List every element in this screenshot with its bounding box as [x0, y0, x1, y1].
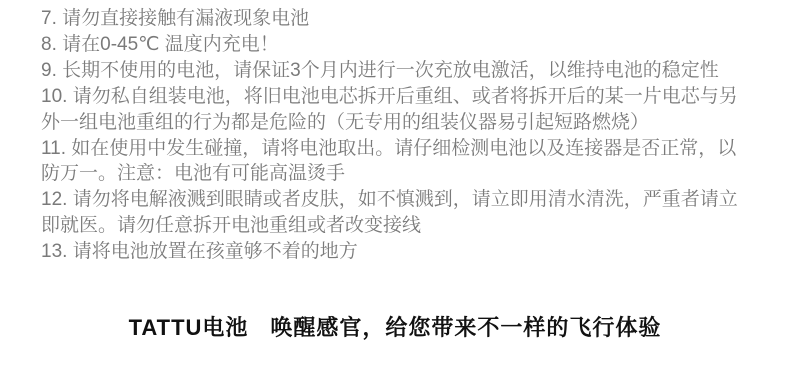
instruction-item-12: 12. 请勿将电解液溅到眼睛或者皮肤，如不慎溅到，请立即用清水清洗，严重者请立即…	[41, 187, 747, 239]
brand-name: TATTU电池	[129, 315, 249, 340]
slogan-text: 唤醒感官，给您带来不一样的飞行体验	[270, 315, 661, 340]
product-description-page: 7. 请勿直接接触有漏液现象电池 8. 请在0-45℃ 温度内充电！ 9. 长期…	[0, 0, 790, 379]
instruction-item-7: 7. 请勿直接接触有漏液现象电池	[41, 6, 747, 32]
instruction-item-10: 10. 请勿私自组装电池，将旧电池电芯拆开后重组、或者将拆开后的某一片电芯与另外…	[41, 84, 747, 136]
instruction-item-9: 9. 长期不使用的电池，请保证3个月内进行一次充放电激活，以维持电池的稳定性	[41, 58, 747, 84]
footer-slogan: TATTU电池唤醒感官，给您带来不一样的飞行体验	[0, 311, 790, 342]
instruction-item-13: 13. 请将电池放置在孩童够不着的地方	[41, 239, 747, 265]
safety-instructions-list: 7. 请勿直接接触有漏液现象电池 8. 请在0-45℃ 温度内充电！ 9. 长期…	[41, 6, 747, 265]
instruction-item-8: 8. 请在0-45℃ 温度内充电！	[41, 32, 747, 58]
instruction-item-11: 11. 如在使用中发生碰撞，请将电池取出。请仔细检测电池以及连接器是否正常，以防…	[41, 136, 747, 188]
